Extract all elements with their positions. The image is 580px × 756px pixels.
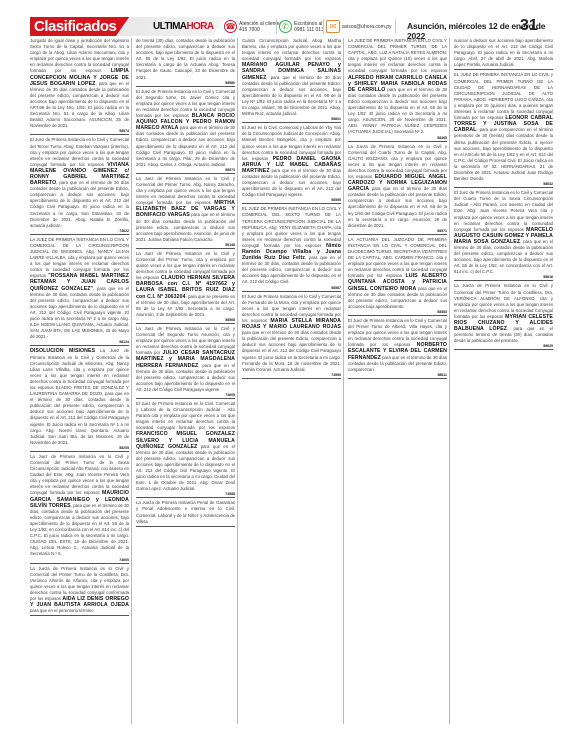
legal-notice: La Juez de Primera Instancia en lo Civil… [30,454,129,564]
legal-notice: El Juez de Primera Instancia en lo Civil… [348,318,447,379]
legal-notice: La Juez de Primera Instancia en lo Civil… [136,251,235,324]
notice-code: 58465 [348,136,447,140]
notice-text: para que en el perentorio término [30,608,94,613]
legal-notice: Cuarta Circunscripción Judicial, Abog. M… [242,38,341,123]
column-3: Cuarta Circunscripción Judicial, Abog. M… [242,38,344,724]
classifieds-columns: Juzgado de igual clase y jurisdicción de… [30,38,555,724]
notice-code: 58580 [136,81,235,85]
notice-code: 58568 [136,318,235,322]
legal-notice: LA JUEZ DE PRIMERA INSTANCIA EN LO CIVIL… [30,237,129,347]
brand-logo: ULTIMAHORA [153,20,213,33]
brand-hora: HORA [186,21,213,32]
legal-notice: El Juez en lo Civil, Comercial y Laboral… [242,125,341,204]
notice-code: 58595 [242,198,341,202]
column-1: Juzgado de igual clase y jurisdicción de… [30,38,132,724]
notice-text: EL JUEZ DE PRIMERA INSTANCIA EN LO CIVIL… [454,72,553,120]
notice-text: , para que en el término de 30 días, con… [30,286,129,340]
notice-text: nunciar a deducir sus acciones bajo aper… [454,38,553,67]
notice-code: 58587 [242,286,341,290]
notice-code: 58573 [136,168,235,172]
notice-code: 74622 [30,229,129,233]
notice-names: DISOLUCION MISIONES [30,348,95,354]
contact-whatsapp: ✆ Escribinos al0981 111 013 [279,18,324,35]
notice-code: 74605 [136,393,235,397]
notice-code: 58632 [454,182,553,186]
legal-notice: LA ACTUARIA DEL JUZGADO DE PRIMERA INSTA… [348,237,447,316]
notice-text: La Juez de Primera Instancia en lo Civil… [30,454,129,496]
legal-notice: EL JUEZ DE PRIMERA INSTANCIA EN LO CIVIL… [242,206,341,291]
notice-text: , para que comparezcan en el término per… [454,127,553,181]
notice-text: para que en el término de 30 días contad… [348,186,447,228]
column-2: de treinta (30) días, contados desde la … [136,38,238,724]
notice-code: 58601 [242,117,341,121]
notice-text: , para que en el término de 30 días, con… [30,503,129,557]
notice-text: EL JUEZ DE PRIMERA INSTANCIA EN LO CIVIL… [242,206,341,248]
notice-code: 74590 [242,373,341,377]
section-title: Clasificados [30,17,130,36]
legal-notice: El Juez de Primera Instancia en lo Civil… [136,89,235,174]
notice-text: , para que en el término de 30 días cont… [30,81,129,129]
legal-notice: El Juez de Primera Instancia en lo Civil… [30,137,129,234]
legal-notice: La Jueza de Primera Instancia Penal de G… [136,500,235,526]
column-4: LA JUEZ DE PRIMERA INSTANCIA EN LO CIVIL… [348,38,450,724]
notice-text: Cuarta Circunscripción Judicial, Abog. M… [242,38,341,61]
divider [276,19,277,34]
legal-notice: La Jueza de Primera Instancia en lo Civi… [30,566,129,617]
notice-code: 58629 [454,344,553,348]
notice-text: El Juez de Primera Instancia en lo Civil… [136,401,235,430]
notice-text: para que en el término de 30 días, conta… [136,444,235,492]
phone-icon: ☎ [224,20,237,33]
notice-text: , para que en el término de 30 días, con… [454,239,553,274]
contact-phone: ☎ Atención al cliente:415 7000 [224,18,281,35]
notice-text: La Juez de Primera Instancia en lo Civil… [30,348,129,444]
legal-notice: La Juez de Primera Instancia en lo Civil… [136,326,235,399]
legal-notice: DISOLUCION MISIONES La Juez de Primera I… [30,348,129,452]
notice-code: 58124 [30,340,129,344]
notice-code: 58205 [30,446,129,450]
whatsapp-icon: ✆ [279,20,292,33]
notice-text: LA JUEZ DE PRIMERA INSTANCIA EN LO CIVIL… [30,237,129,279]
contact-value: 415 7000 [239,27,260,33]
notice-code: 58574 [30,129,129,133]
notice-code: 58583 [348,310,447,314]
legal-notice: LA JUEZ DE PRIMERA INSTANCIA EN LO CIVIL… [348,38,447,142]
notice-text: de treinta (30) días, contados desde la … [136,38,235,80]
notice-text: para que en el término de 30 días contad… [348,87,447,135]
notice-code: 74600 [30,558,129,562]
legal-notice: El Juez de Primera Instancia en lo Civil… [136,401,235,498]
divider [395,19,396,34]
legal-notice: EL JUEZ DE PRIMERA INSTANCIA EN LO CIVIL… [454,72,553,188]
notice-code: 58616 [454,275,553,279]
notice-text: El Juez de Primera Instancia en lo Civil… [454,190,553,232]
legal-notice: La Jueza de Primera Instancia en lo Civi… [454,283,553,350]
contact-value: avisos@uhora.com.py [342,24,392,30]
legal-notice: La Jueza de Primera Instancia en lo Civi… [348,144,447,235]
notice-text: para que en el término de 30 días contad… [242,330,341,372]
notice-code: 74588 [136,492,235,496]
column-5: nunciar a deducir sus acciones bajo aper… [454,38,555,724]
notice-text: , para que el término de 30 días contado… [242,75,341,117]
notice-code: 58198 [136,243,235,247]
notice-code: 58571 [348,229,447,233]
legal-notice: nunciar a deducir sus acciones bajo aper… [454,38,553,70]
notice-code: 58611 [348,373,447,377]
legal-notice: El Juez de Primera Instancia en lo Civil… [454,190,553,281]
legal-notice: Juzgado de igual clase y jurisdicción de… [30,38,129,135]
notice-text: LA JUEZ DE PRIMERA INSTANCIA EN LO CIVIL… [348,38,447,73]
notice-text: para que en el término de 30 días contad… [136,125,235,167]
legal-notice: El Juez de Primera Instancia en lo Civil… [242,294,341,379]
brand-ultima: ULTIMA [153,21,186,32]
legal-notice: de treinta (30) días, contados desde la … [136,38,235,87]
page-header: Clasificados ULTIMAHORA ☎ Atención al cl… [30,17,555,36]
notice-text: LA ACTUARIA DEL JUZGADO DE PRIMERA INSTA… [348,237,447,279]
legal-notice: La Juez de Primera Instancia en lo Civil… [136,176,235,249]
contact-email: ✉ avisos@uhora.com.py [326,18,392,35]
notice-text: La Jueza de Primera Instancia Penal de G… [136,500,235,523]
page-number: 31 [520,17,538,35]
mail-icon: ✉ [326,20,340,33]
notice-text: , para que en el término de 30 días cont… [30,180,129,228]
contact-value: 0981 111 013 [294,27,324,33]
divider [323,19,324,34]
